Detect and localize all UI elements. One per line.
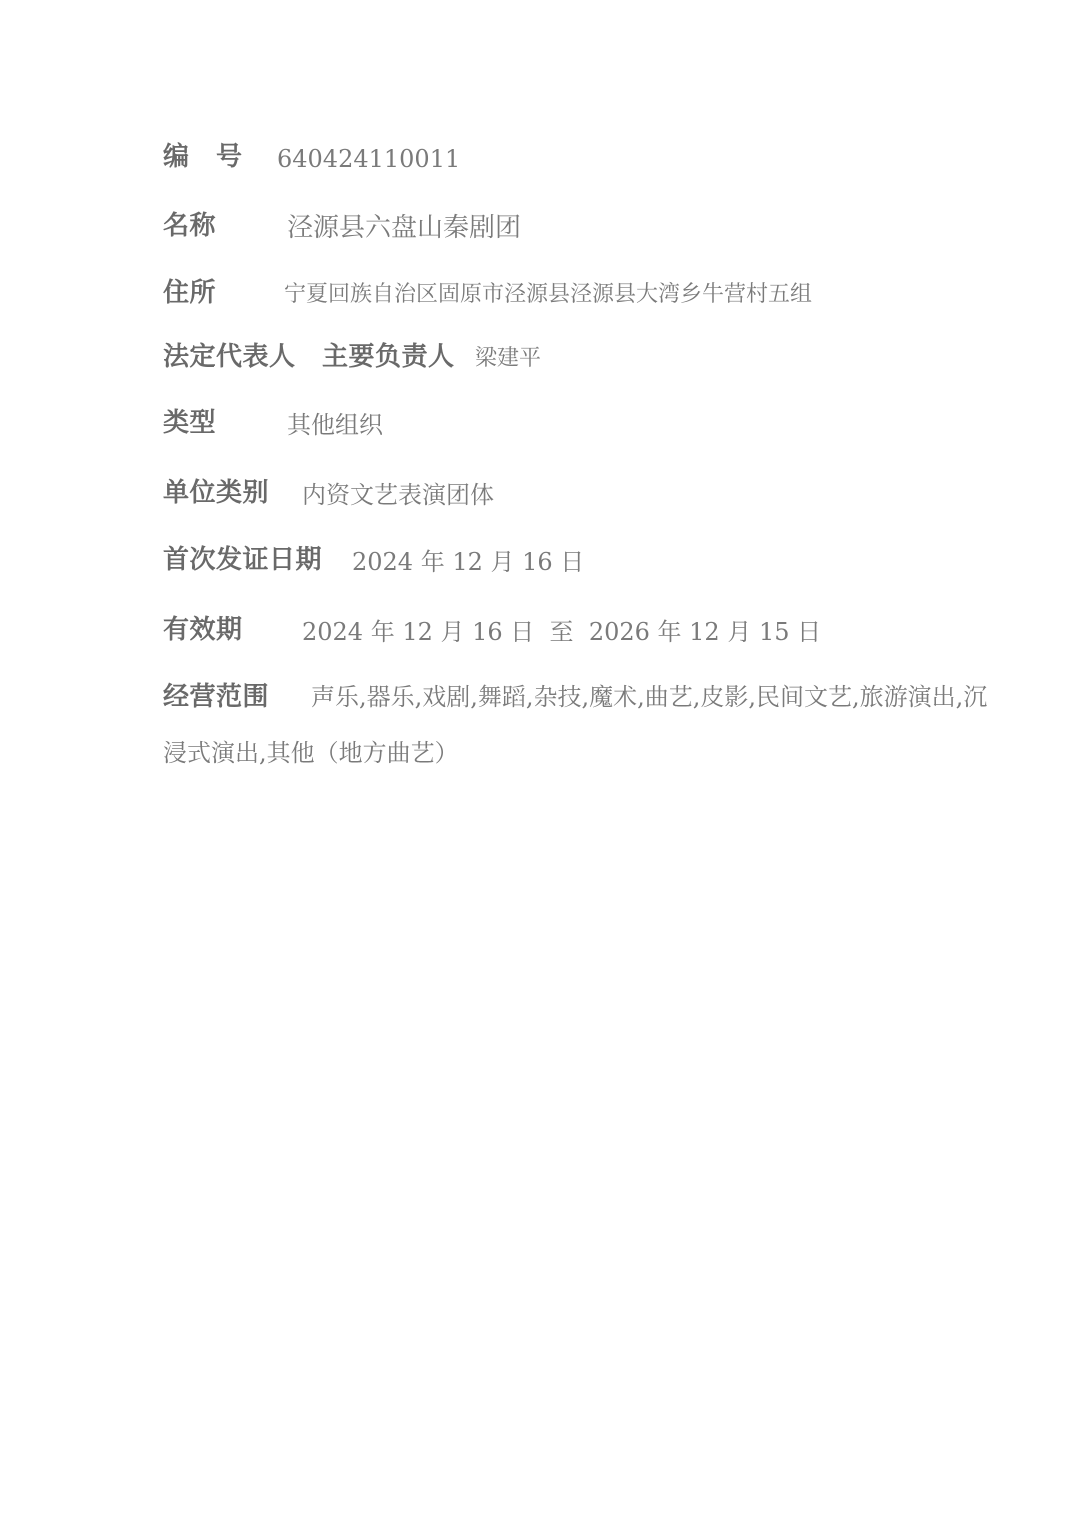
legal-representative-label: 法定代表人 主要负责人: [163, 340, 455, 374]
unit-category-label: 单位类别: [163, 476, 269, 510]
validity-period-value: 2024 年 12 月 16 日 至 2026 年 12 月 15 日: [302, 615, 821, 649]
name-label: 名称: [163, 209, 216, 243]
first-issue-date-label: 首次发证日期: [163, 543, 322, 577]
address-value: 宁夏回族自治区固原市泾源县泾源县大湾乡牛营村五组: [284, 278, 812, 312]
name-value: 泾源县六盘山秦剧团: [287, 211, 521, 245]
type-label: 类型: [163, 406, 216, 440]
validity-period-label: 有效期: [163, 613, 243, 647]
business-scope-label: 经营范围: [163, 682, 269, 712]
field-row-address: 住所 宁夏回族自治区固原市泾源县泾源县大湾乡牛营村五组: [0, 276, 1074, 310]
field-row-unit-category: 单位类别 内资文艺表演团体: [0, 476, 1074, 510]
field-row-business-scope: 经营范围声乐,器乐,戏剧,舞蹈,杂技,魔术,曲艺,皮影,民间文艺,旅游演出,沉浸…: [163, 669, 999, 781]
type-value: 其他组织: [287, 408, 383, 442]
address-label: 住所: [163, 276, 216, 310]
field-row-first-issue-date: 首次发证日期 2024 年 12 月 16 日: [0, 543, 1074, 577]
field-row-legal-representative: 法定代表人 主要负责人 梁建平: [0, 340, 1074, 374]
field-row-serial-number: 编 号 640424110011: [0, 140, 1074, 174]
legal-representative-value: 梁建平: [475, 342, 541, 376]
field-row-name: 名称 泾源县六盘山秦剧团: [0, 209, 1074, 243]
license-info-page: 编 号 640424110011 名称 泾源县六盘山秦剧团 住所 宁夏回族自治区…: [0, 0, 1074, 1520]
first-issue-date-value: 2024 年 12 月 16 日: [352, 545, 584, 579]
unit-category-value: 内资文艺表演团体: [302, 478, 494, 512]
serial-number-value: 640424110011: [277, 142, 460, 176]
serial-number-label: 编 号: [163, 140, 243, 174]
field-row-validity-period: 有效期 2024 年 12 月 16 日 至 2026 年 12 月 15 日: [0, 613, 1074, 647]
business-scope-value: 声乐,器乐,戏剧,舞蹈,杂技,魔术,曲艺,皮影,民间文艺,旅游演出,沉浸式演出,…: [163, 683, 987, 767]
field-row-type: 类型 其他组织: [0, 406, 1074, 440]
